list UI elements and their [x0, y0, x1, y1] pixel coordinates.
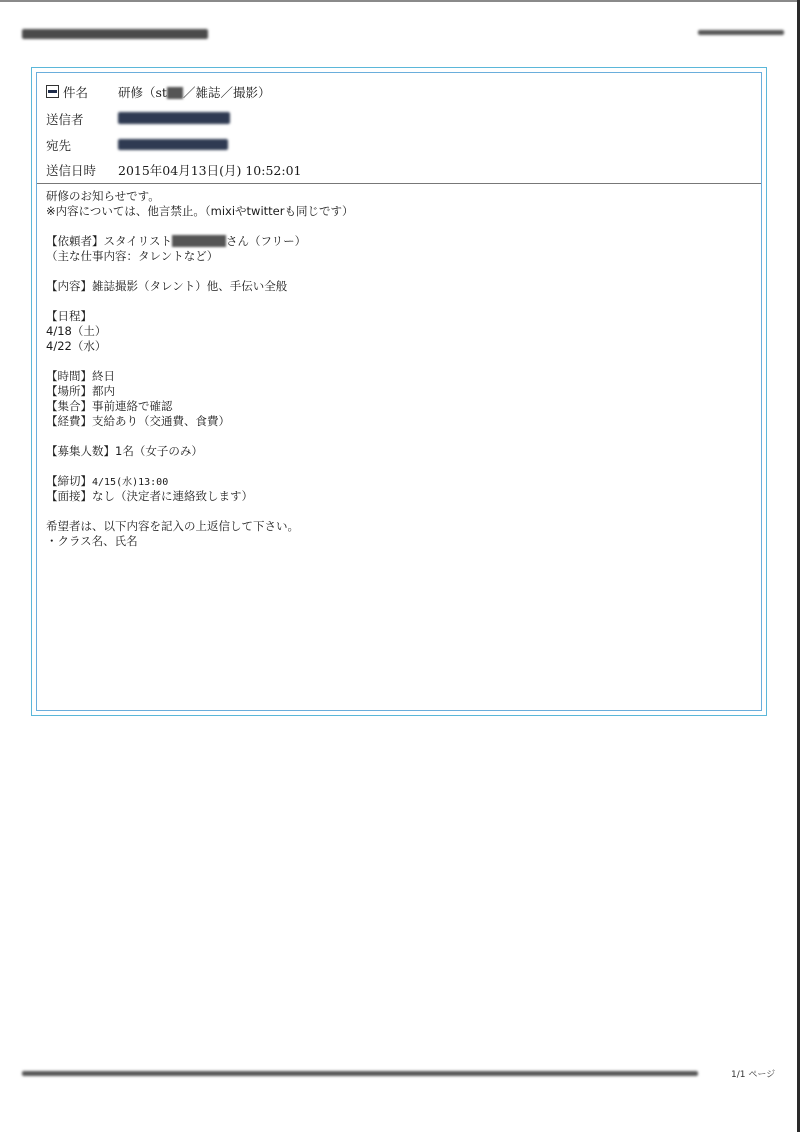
body-intro: 研修のお知らせです。 [46, 189, 752, 204]
subject-prefix: 研修（st [118, 85, 167, 100]
email-frame-inner: 件名 研修（st／雑誌／撮影） 送信者 宛先 送信日時 201 [36, 72, 762, 711]
redacted-print-footer [22, 1071, 698, 1076]
subject-value: 研修（st／雑誌／撮影） [118, 83, 270, 101]
collapse-icon[interactable] [46, 85, 59, 98]
sender-label: 送信者 [46, 110, 84, 128]
body-schedule-title: 【日程】 [46, 309, 752, 324]
deadline-value: 4/15(水)13:00 [92, 477, 168, 488]
body-expenses: 【経費】支給あり（交通費、食費） [46, 414, 752, 429]
recipient-label: 宛先 [46, 136, 71, 154]
body-schedule-date-1: 4/18（土） [46, 324, 752, 339]
sender-value [118, 112, 230, 127]
body-reply-instruction: 希望者は、以下内容を記入の上返信して下さい。 [46, 519, 752, 534]
email-header: 件名 研修（st／雑誌／撮影） 送信者 宛先 送信日時 201 [37, 73, 761, 184]
redacted-sender [118, 112, 230, 124]
body-requester-work: （主な仕事内容：タレントなど） [46, 249, 752, 264]
redacted-requester-name [172, 235, 226, 247]
body-interview: 【面接】なし（決定者に連絡致します） [46, 489, 752, 504]
redacted-subject-part [167, 87, 183, 99]
body-meeting: 【集合】事前連絡で確認 [46, 399, 752, 414]
scan-top-edge [0, 0, 800, 2]
email-frame: 件名 研修（st／雑誌／撮影） 送信者 宛先 送信日時 201 [31, 67, 767, 716]
body-time: 【時間】終日 [46, 369, 752, 384]
body-recruit: 【募集人数】1名（女子のみ） [46, 444, 752, 459]
datetime-label: 送信日時 [46, 161, 96, 179]
body-content: 【内容】雑誌撮影（タレント）他、手伝い全般 [46, 279, 752, 294]
body-notice: ※内容については、他言禁止。（mixiやtwitterも同じです） [46, 204, 752, 219]
page-number: 1/1 ページ [731, 1067, 775, 1080]
subject-label: 件名 [63, 85, 88, 100]
body-deadline: 【締切】4/15(水)13:00 [46, 474, 752, 489]
requester-prefix: 【依頼者】スタイリスト [46, 234, 172, 248]
deadline-label: 【締切】 [46, 474, 92, 488]
body-schedule-date-2: 4/22（水） [46, 339, 752, 354]
recipient-value [118, 138, 228, 153]
email-body: 研修のお知らせです。 ※内容については、他言禁止。（mixiやtwitterも同… [46, 189, 752, 549]
redacted-print-header-right [698, 30, 784, 35]
redacted-print-header-left [22, 29, 208, 39]
body-place: 【場所】都内 [46, 384, 752, 399]
body-reply-item: ・クラス名、氏名 [46, 534, 752, 549]
subject-label-wrap: 件名 [46, 83, 88, 101]
datetime-value: 2015年04月13日(月) 10:52:01 [118, 161, 302, 179]
requester-suffix: さん（フリー） [226, 234, 306, 248]
redacted-recipient [118, 139, 228, 150]
subject-suffix: ／雑誌／撮影） [183, 85, 271, 100]
body-requester: 【依頼者】スタイリストさん（フリー） [46, 234, 752, 249]
